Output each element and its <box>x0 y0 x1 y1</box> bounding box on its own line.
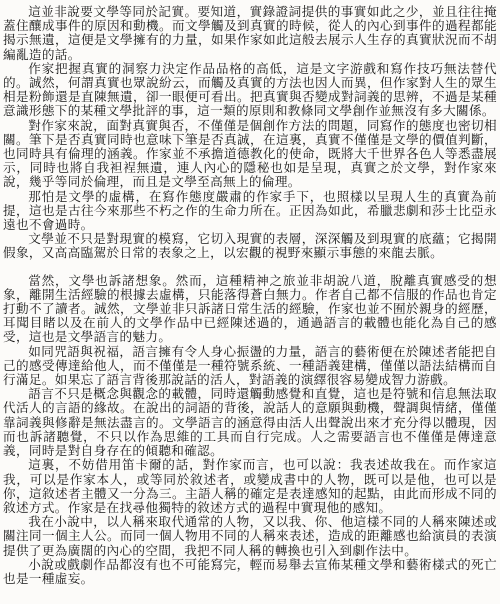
paragraph: 我在小說中，以人稱來取代通常的人物，又以我、你、他這樣不同的人稱來陳述或關注同一… <box>3 515 497 558</box>
paragraph: 那怕是文學的虛構，在寫作態度嚴肅的作家手下，也照樣以呈現人生的真實為前提，這也是… <box>3 190 497 233</box>
paragraph: 文學並不只是對現實的模寫，它切入現實的表層，深深觸及到現實的底蘊；它揭開假象，又… <box>3 232 497 260</box>
paragraph: 如同咒語與祝福，語言擁有令人身心振盪的力量，語言的藝術便在於陳述者能把自己的感受… <box>3 345 497 388</box>
paragraph: 小說或戲劇作品都沒有也不可能寫完，輕而易舉去宣佈某種文學和藝術樣式的死亡也是一種… <box>3 558 497 586</box>
paragraph: 這並非說要文學等同於記實。要知道，實錄證詞提供的事實如此之少，並且往往掩蓋住釀成… <box>3 5 497 62</box>
paragraph: 當然，文學也訴諸想象。然而，這種精神之旅並非胡說八道，脫離真實感受的想象，離開生… <box>3 274 497 345</box>
paragraph: 語言不只是概念與觀念的載體，同時還觸動感覺和直覺，這也是符號和信息無法取代活人的… <box>3 387 497 458</box>
text-body: 這並非說要文學等同於記實。要知道，實錄證詞提供的事實如此之少，並且往往掩蓋住釀成… <box>3 5 497 586</box>
paragraph: 作家把握真實的洞察力決定作品品格的高低，這是文字游戲和寫作技巧無法替代的。誠然，… <box>3 62 497 119</box>
document-page: 這並非說要文學等同於記實。要知道，實錄證詞提供的事實如此之少，並且往往掩蓋住釀成… <box>0 0 500 604</box>
paragraph: 這裏，不妨借用笛卡爾的話，對作家而言，也可以說：我表述故我在。而作家這我，可以是… <box>3 458 497 515</box>
paragraph: 對作家來說，面對真實與否，不僅僅是個創作方法的問題，同寫作的態度也密切相關。筆下… <box>3 119 497 190</box>
